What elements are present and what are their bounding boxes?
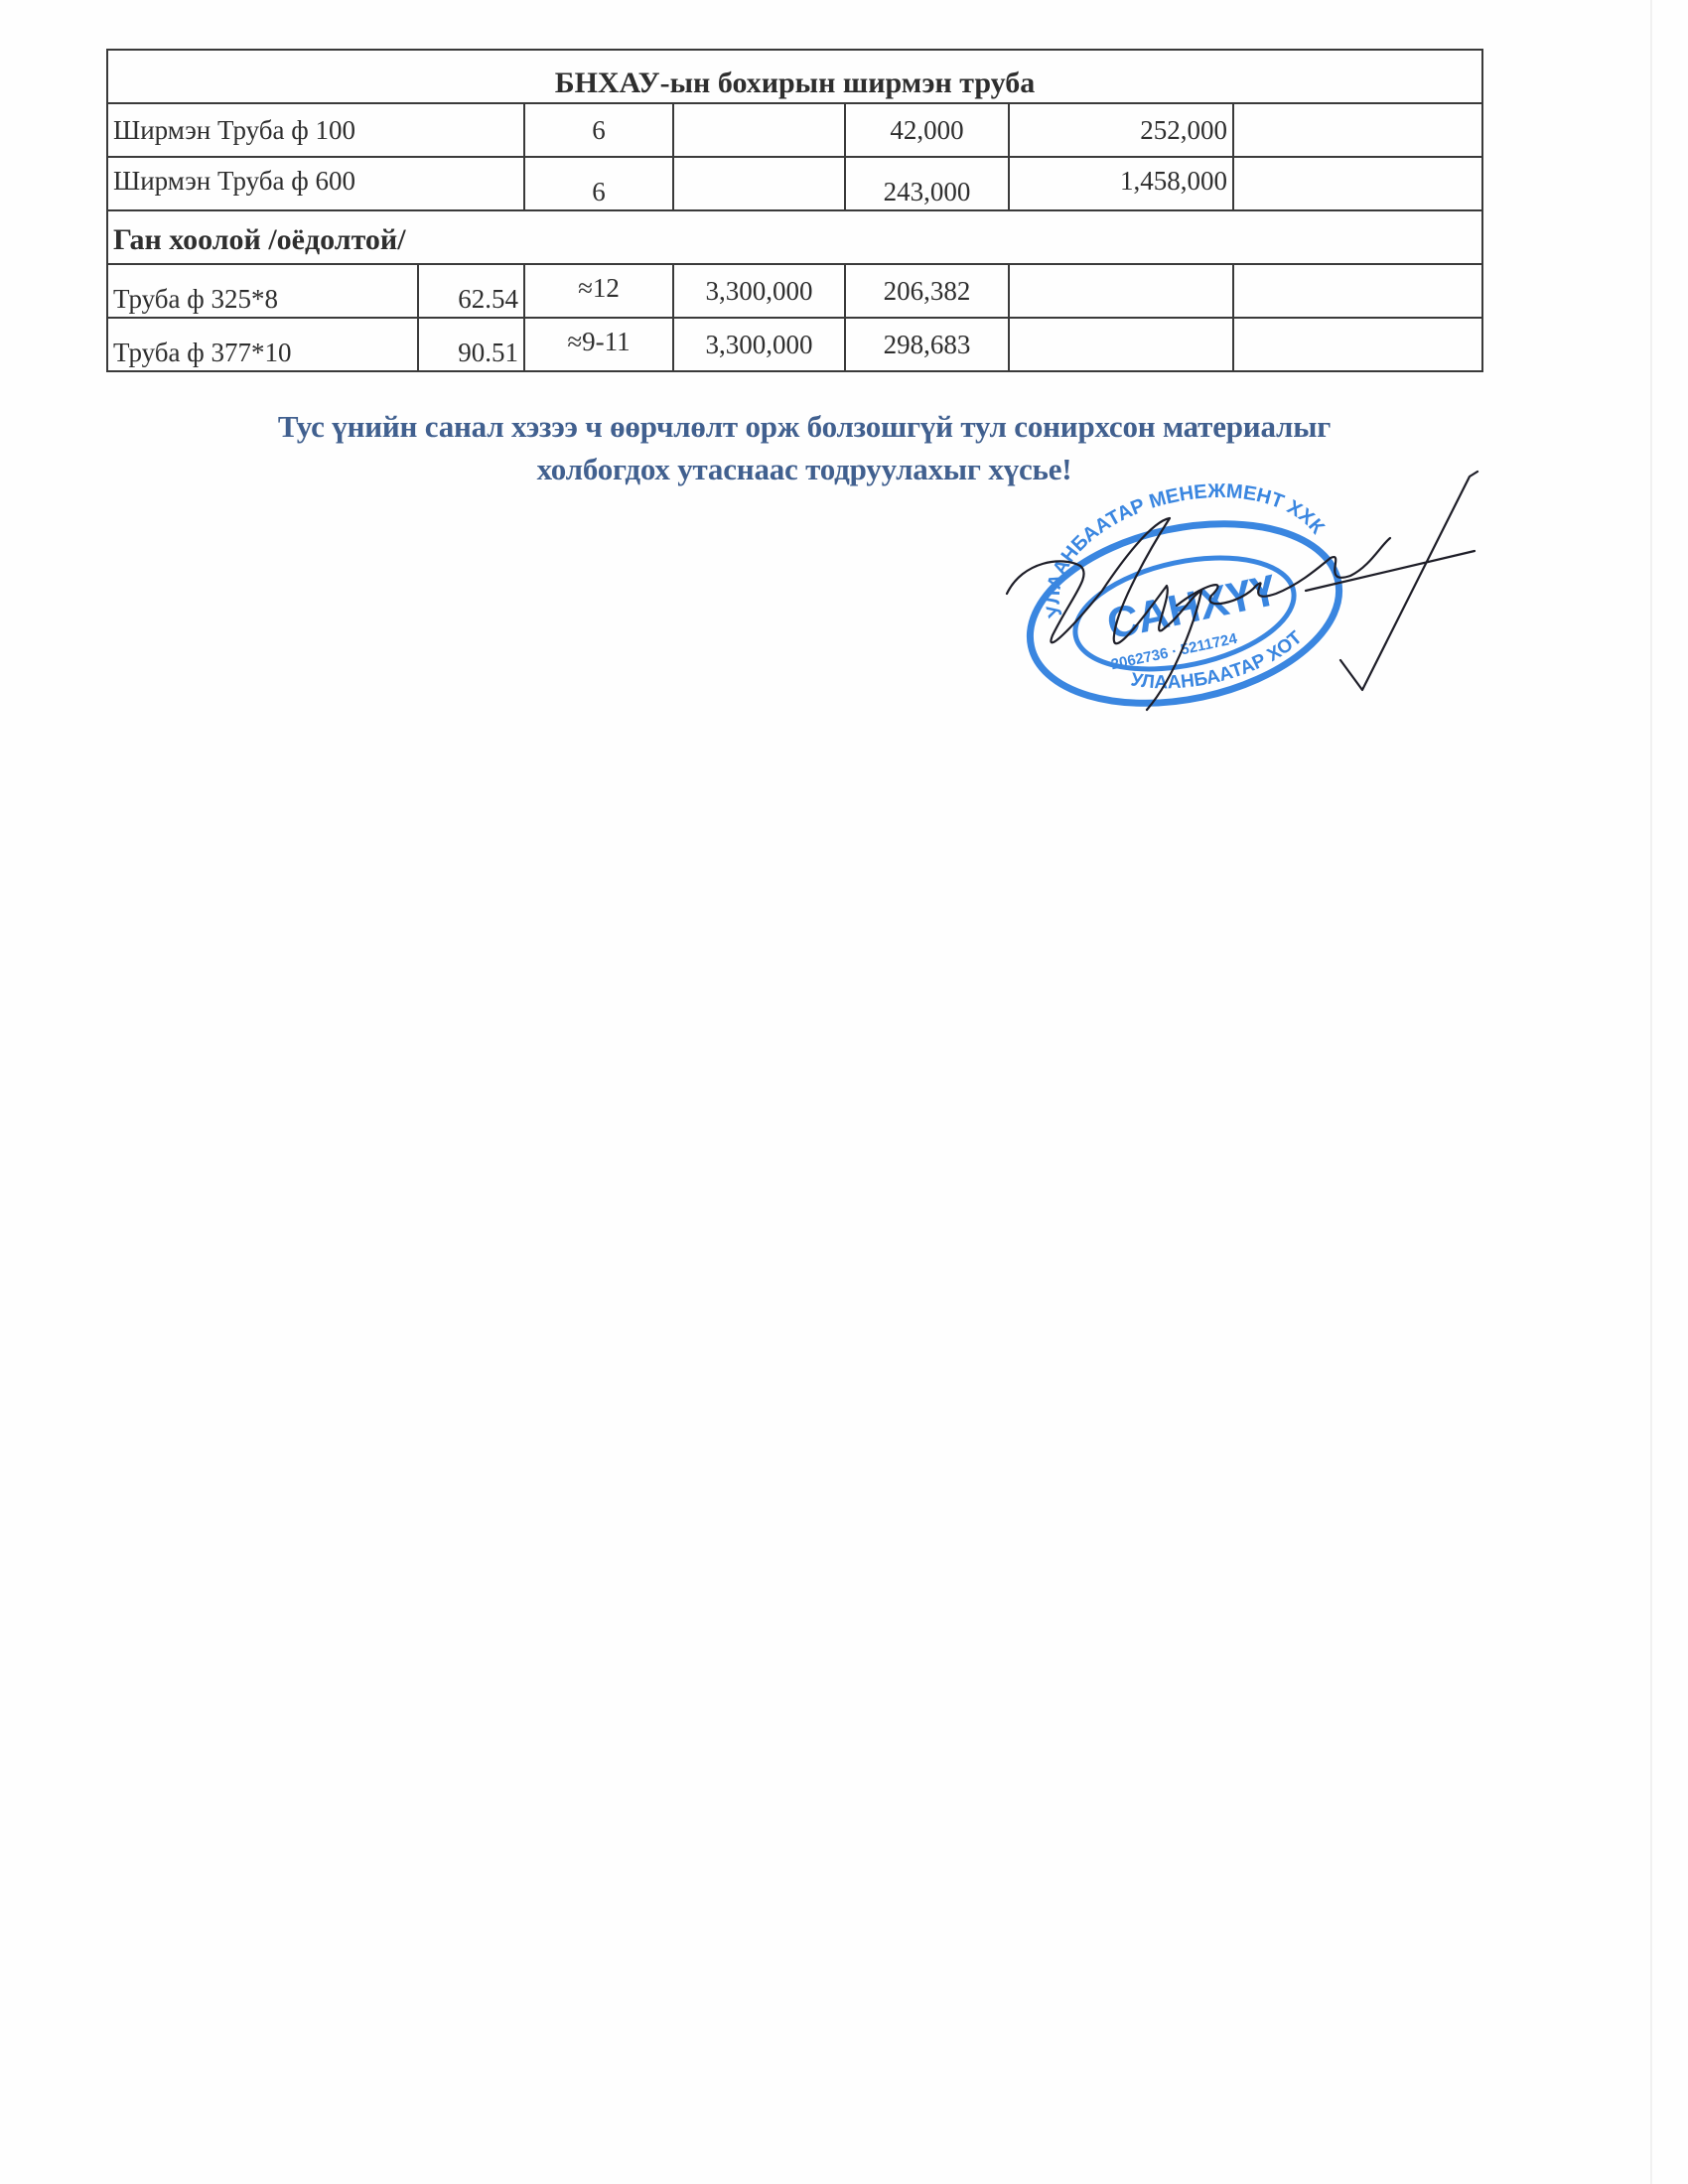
item-empty (1233, 318, 1482, 371)
price-table: БНХАУ-ын бохирын ширмэн труба Ширмэн Тру… (106, 49, 1483, 372)
table-row: Труба ф 377*10 90.51 ≈9-11 3,300,000 298… (107, 318, 1482, 371)
item-empty (1009, 264, 1233, 318)
item-length: ≈12 (524, 264, 673, 318)
item-empty (1009, 318, 1233, 371)
document-page: БНХАУ-ын бохирын ширмэн труба Ширмэн Тру… (0, 0, 1688, 2184)
section-title: Ган хоолой /оёдолтой/ (107, 210, 1482, 264)
item-note (1233, 103, 1482, 157)
item-name: Труба ф 377*10 (107, 318, 418, 371)
item-qty: 6 (524, 103, 673, 157)
item-name: Труба ф 325*8 (107, 264, 418, 318)
table-row: Труба ф 325*8 62.54 ≈12 3,300,000 206,38… (107, 264, 1482, 318)
item-price-per-meter: 206,382 (845, 264, 1009, 318)
table-row: Ширмэн Труба ф 100 6 42,000 252,000 (107, 103, 1482, 157)
item-price-per-meter: 298,683 (845, 318, 1009, 371)
item-weight: 62.54 (418, 264, 524, 318)
item-price-per-ton: 3,300,000 (673, 318, 845, 371)
section-title: БНХАУ-ын бохирын ширмэн труба (107, 50, 1482, 103)
item-weight: 90.51 (418, 318, 524, 371)
section-header-cast-iron: БНХАУ-ын бохирын ширмэн труба (107, 50, 1482, 103)
company-stamp-and-signature: УЛААНБААТАР МЕНЕЖМЕНТ ХХК УЛААНБААТАР ХО… (1003, 467, 1519, 715)
item-price-per-ton: 3,300,000 (673, 264, 845, 318)
section-header-steel-pipe: Ган хоолой /оёдолтой/ (107, 210, 1482, 264)
item-qty: 6 (524, 157, 673, 210)
item-unit-price: 42,000 (845, 103, 1009, 157)
item-length: ≈9-11 (524, 318, 673, 371)
item-name: Ширмэн Труба ф 100 (107, 103, 524, 157)
notice-line-1: Тус үнийн санал хэзээ ч өөрчлөлт орж бол… (149, 405, 1460, 448)
item-empty (673, 103, 845, 157)
item-empty (673, 157, 845, 210)
table-row: Ширмэн Труба ф 600 6 243,000 1,458,000 (107, 157, 1482, 210)
item-note (1233, 157, 1482, 210)
item-name: Ширмэн Труба ф 600 (107, 157, 524, 210)
item-unit-price: 243,000 (845, 157, 1009, 210)
item-total: 252,000 (1009, 103, 1233, 157)
stamp-svg: УЛААНБААТАР МЕНЕЖМЕНТ ХХК УЛААНБААТАР ХО… (1003, 467, 1519, 715)
item-empty (1233, 264, 1482, 318)
scan-edge (1650, 0, 1652, 2184)
item-total: 1,458,000 (1009, 157, 1233, 210)
